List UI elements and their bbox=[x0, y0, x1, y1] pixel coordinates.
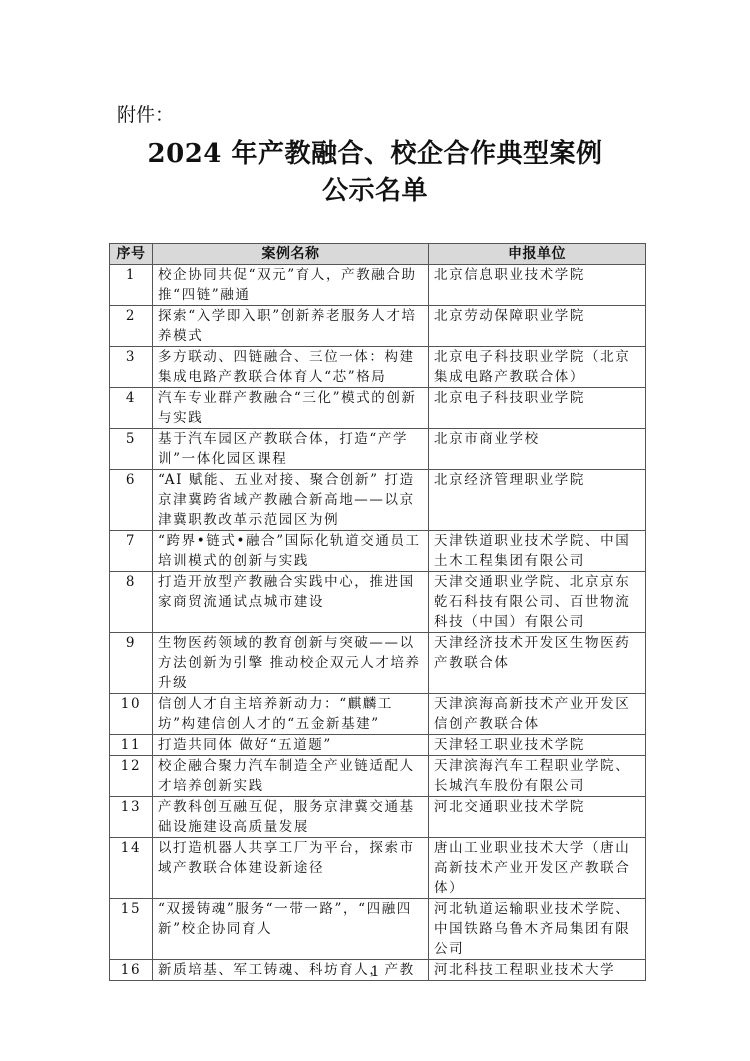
applicant-unit: 北京信息职业技术学院 bbox=[429, 265, 646, 306]
row-number: 15 bbox=[110, 899, 153, 960]
case-name: 校企融合聚力汽车制造全产业链适配人才培养创新实践 bbox=[153, 756, 429, 797]
row-number: 13 bbox=[110, 797, 153, 838]
case-name: 生物医药领域的教育创新与突破——以方法创新为引擎 推动校企双元人才培养升级 bbox=[153, 633, 429, 694]
applicant-unit: 天津交通职业学院、北京京东乾石科技有限公司、百世物流科技（中国）有限公司 bbox=[429, 572, 646, 633]
table-row: 14以打造机器人共享工厂为平台，探索市域产教联合体建设新途径唐山工业职业技术大学… bbox=[110, 838, 646, 899]
row-number: 8 bbox=[110, 572, 153, 633]
case-list-table: 序号 案例名称 申报单位 1校企协同共促“双元”育人，产教融合助推“四链”融通北… bbox=[109, 243, 646, 981]
case-name: 打造共同体 做好“五道题” bbox=[153, 735, 429, 756]
applicant-unit: 北京经济管理职业学院 bbox=[429, 470, 646, 531]
applicant-unit: 北京电子科技职业学院 bbox=[429, 388, 646, 429]
table-row: 1校企协同共促“双元”育人，产教融合助推“四链”融通北京信息职业技术学院 bbox=[110, 265, 646, 306]
case-name: 基于汽车园区产教联合体，打造“产学训”一体化园区课程 bbox=[153, 429, 429, 470]
row-number: 5 bbox=[110, 429, 153, 470]
case-name: “双援铸魂”服务“一带一路”，“四融四新”校企协同育人 bbox=[153, 899, 429, 960]
applicant-unit: 北京电子科技职业学院（北京集成电路产教联合体） bbox=[429, 347, 646, 388]
header-number: 序号 bbox=[110, 244, 153, 265]
applicant-unit: 北京市商业学校 bbox=[429, 429, 646, 470]
table-row: 9生物医药领域的教育创新与突破——以方法创新为引擎 推动校企双元人才培养升级天津… bbox=[110, 633, 646, 694]
table-row: 13产教科创互融互促，服务京津冀交通基础设施建设高质量发展河北交通职业技术学院 bbox=[110, 797, 646, 838]
attachment-label: 附件： bbox=[117, 100, 174, 127]
row-number: 2 bbox=[110, 306, 153, 347]
applicant-unit: 河北交通职业技术学院 bbox=[429, 797, 646, 838]
table-row: 4汽车专业群产教融合“三化”模式的创新与实践北京电子科技职业学院 bbox=[110, 388, 646, 429]
row-number: 1 bbox=[110, 265, 153, 306]
applicant-unit: 北京劳动保障职业学院 bbox=[429, 306, 646, 347]
table-row: 8打造开放型产教融合实践中心，推进国家商贸流通试点城市建设天津交通职业学院、北京… bbox=[110, 572, 646, 633]
case-name: 产教科创互融互促，服务京津冀交通基础设施建设高质量发展 bbox=[153, 797, 429, 838]
table-row: 6“AI 赋能、五业对接、聚合创新” 打造京津冀跨省域产教融合新高地——以京津冀… bbox=[110, 470, 646, 531]
case-name: 以打造机器人共享工厂为平台，探索市域产教联合体建设新途径 bbox=[153, 838, 429, 899]
table-row: 11打造共同体 做好“五道题”天津轻工职业技术学院 bbox=[110, 735, 646, 756]
row-number: 7 bbox=[110, 531, 153, 572]
case-name: 探索“入学即入职”创新养老服务人才培养模式 bbox=[153, 306, 429, 347]
row-number: 14 bbox=[110, 838, 153, 899]
applicant-unit: 天津轻工职业技术学院 bbox=[429, 735, 646, 756]
row-number: 10 bbox=[110, 694, 153, 735]
case-name: 信创人才自主培养新动力：“麒麟工坊”构建信创人才的“五金新基建” bbox=[153, 694, 429, 735]
table-row: 15“双援铸魂”服务“一带一路”，“四融四新”校企协同育人河北轨道运输职业技术学… bbox=[110, 899, 646, 960]
case-name: 汽车专业群产教融合“三化”模式的创新与实践 bbox=[153, 388, 429, 429]
case-name: 多方联动、四链融合、三位一体：构建集成电路产教联合体育人“芯”格局 bbox=[153, 347, 429, 388]
document-subtitle: 公示名单 bbox=[0, 170, 750, 207]
case-name: 校企协同共促“双元”育人，产教融合助推“四链”融通 bbox=[153, 265, 429, 306]
case-name: “AI 赋能、五业对接、聚合创新” 打造京津冀跨省域产教融合新高地——以京津冀职… bbox=[153, 470, 429, 531]
header-case-name: 案例名称 bbox=[153, 244, 429, 265]
row-number: 9 bbox=[110, 633, 153, 694]
table-row: 12校企融合聚力汽车制造全产业链适配人才培养创新实践天津滨海汽车工程职业学院、长… bbox=[110, 756, 646, 797]
case-name: 打造开放型产教融合实践中心，推进国家商贸流通试点城市建设 bbox=[153, 572, 429, 633]
page-number: 1 bbox=[0, 964, 750, 980]
row-number: 12 bbox=[110, 756, 153, 797]
applicant-unit: 天津经济技术开发区生物医药产教联合体 bbox=[429, 633, 646, 694]
row-number: 4 bbox=[110, 388, 153, 429]
row-number: 11 bbox=[110, 735, 153, 756]
applicant-unit: 唐山工业职业技术大学（唐山高新技术产业开发区产教联合体） bbox=[429, 838, 646, 899]
row-number: 6 bbox=[110, 470, 153, 531]
table-row: 7“跨界•链式•融合”国际化轨道交通员工培训模式的创新与实践天津铁道职业技术学院… bbox=[110, 531, 646, 572]
table-row: 10信创人才自主培养新动力：“麒麟工坊”构建信创人才的“五金新基建”天津滨海高新… bbox=[110, 694, 646, 735]
table-header-row: 序号 案例名称 申报单位 bbox=[110, 244, 646, 265]
table-row: 2探索“入学即入职”创新养老服务人才培养模式北京劳动保障职业学院 bbox=[110, 306, 646, 347]
header-applicant-unit: 申报单位 bbox=[429, 244, 646, 265]
case-name: “跨界•链式•融合”国际化轨道交通员工培训模式的创新与实践 bbox=[153, 531, 429, 572]
document-title: 2024 年产教融合、校企合作典型案例 bbox=[0, 133, 750, 170]
table-row: 3多方联动、四链融合、三位一体：构建集成电路产教联合体育人“芯”格局北京电子科技… bbox=[110, 347, 646, 388]
applicant-unit: 天津滨海汽车工程职业学院、长城汽车股份有限公司 bbox=[429, 756, 646, 797]
applicant-unit: 天津铁道职业技术学院、中国土木工程集团有限公司 bbox=[429, 531, 646, 572]
table-row: 5基于汽车园区产教联合体，打造“产学训”一体化园区课程北京市商业学校 bbox=[110, 429, 646, 470]
row-number: 3 bbox=[110, 347, 153, 388]
applicant-unit: 河北轨道运输职业技术学院、中国铁路乌鲁木齐局集团有限公司 bbox=[429, 899, 646, 960]
applicant-unit: 天津滨海高新技术产业开发区信创产教联合体 bbox=[429, 694, 646, 735]
